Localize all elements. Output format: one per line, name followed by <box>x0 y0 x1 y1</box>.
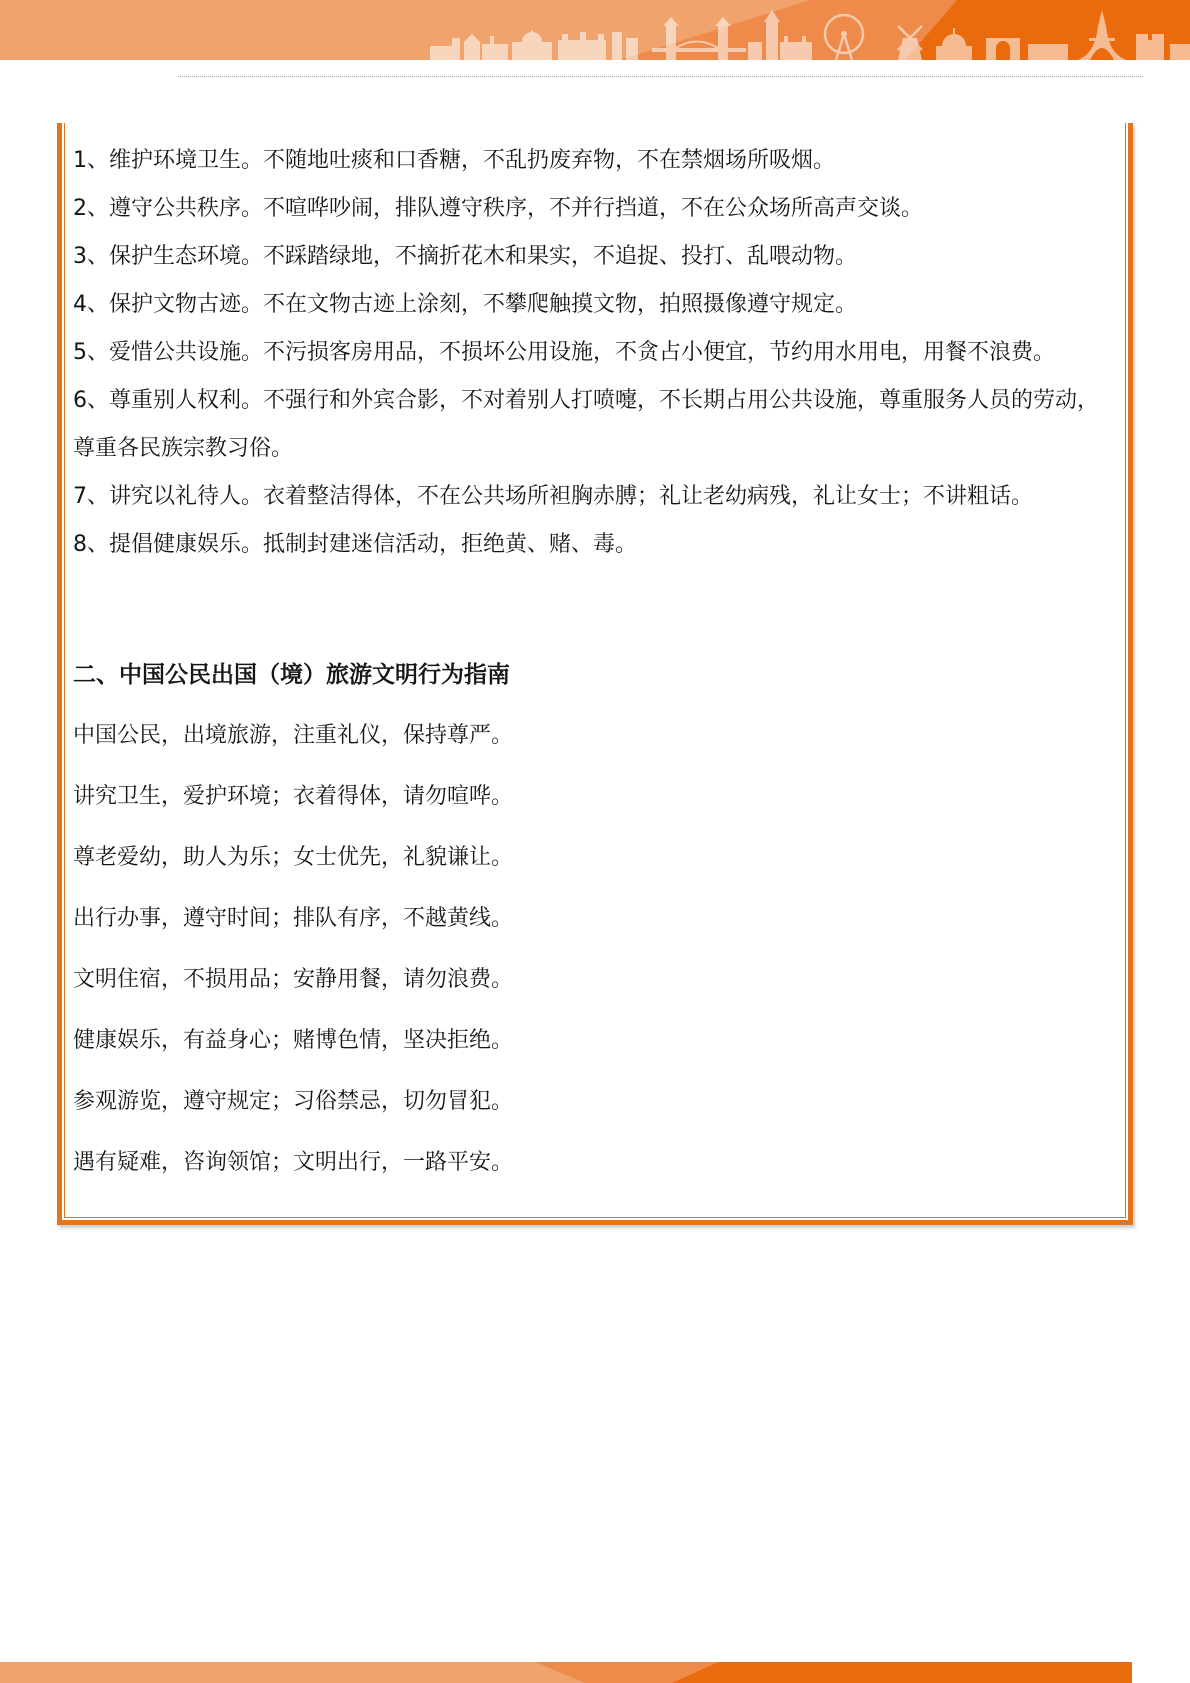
guide-line: 讲究卫生，爱护环境；衣着得体，请勿喧哗。 <box>73 782 1120 812</box>
guide-line: 尊老爱幼，助人为乐；女士优先，礼貌谦让。 <box>73 843 1120 873</box>
guide-list: 中国公民，出境旅游，注重礼仪，保持尊严。讲究卫生，爱护环境；衣着得体，请勿喧哗。… <box>73 721 1120 1178</box>
numbered-list: 1、维护环境卫生。不随地吐痰和口香糖，不乱扔废弃物，不在禁烟场所吸烟。2、遵守公… <box>73 137 1120 569</box>
numbered-item: 1、维护环境卫生。不随地吐痰和口香糖，不乱扔废弃物，不在禁烟场所吸烟。 <box>73 137 1120 185</box>
content-box: 1、维护环境卫生。不随地吐痰和口香糖，不乱扔废弃物，不在禁烟场所吸烟。2、遵守公… <box>57 123 1133 1225</box>
guide-line: 健康娱乐，有益身心；赌博色情，坚决拒绝。 <box>73 1026 1120 1056</box>
content-box-body: 1、维护环境卫生。不随地吐痰和口香糖，不乱扔废弃物，不在禁烟场所吸烟。2、遵守公… <box>62 123 1128 1178</box>
numbered-item: 7、讲究以礼待人。衣着整洁得体，不在公共场所袒胸赤膊；礼让老幼病残，礼让女士；不… <box>73 473 1120 521</box>
numbered-item: 2、遵守公共秩序。不喧哗吵闹，排队遵守秩序，不并行挡道，不在公众场所高声交谈。 <box>73 185 1120 233</box>
guide-line: 参观游览，遵守规定；习俗禁忌，切勿冒犯。 <box>73 1087 1120 1117</box>
section-heading: 二、中国公民出国（境）旅游文明行为指南 <box>73 661 1120 689</box>
numbered-item: 5、爱惜公共设施。不污损客房用品，不损坏公用设施，不贪占小便宜，节约用水用电，用… <box>73 329 1120 377</box>
guide-line: 文明住宿，不损用品；安静用餐，请勿浪费。 <box>73 965 1120 995</box>
numbered-item: 8、提倡健康娱乐。抵制封建迷信活动，拒绝黄、赌、毒。 <box>73 521 1120 569</box>
numbered-item: 3、保护生态环境。不踩踏绿地，不摘折花木和果实，不追捉、投打、乱喂动物。 <box>73 233 1120 281</box>
dotted-divider <box>178 76 1143 77</box>
skyline-icon <box>430 8 1190 60</box>
guide-line: 中国公民，出境旅游，注重礼仪，保持尊严。 <box>73 721 1120 751</box>
numbered-item: 4、保护文物古迹。不在文物古迹上涂刻，不攀爬触摸文物，拍照摄像遵守规定。 <box>73 281 1120 329</box>
numbered-item: 6、尊重别人权利。不强行和外宾合影，不对着别人打喷嚏，不长期占用公共设施，尊重服… <box>73 377 1120 473</box>
page-header <box>0 0 1190 60</box>
guide-line: 遇有疑难，咨询领馆；文明出行，一路平安。 <box>73 1148 1120 1178</box>
guide-line: 出行办事，遵守时间；排队有序，不越黄线。 <box>73 904 1120 934</box>
footer-bar <box>0 1662 1132 1683</box>
document-page: 1、维护环境卫生。不随地吐痰和口香糖，不乱扔废弃物，不在禁烟场所吸烟。2、遵守公… <box>0 0 1190 1683</box>
